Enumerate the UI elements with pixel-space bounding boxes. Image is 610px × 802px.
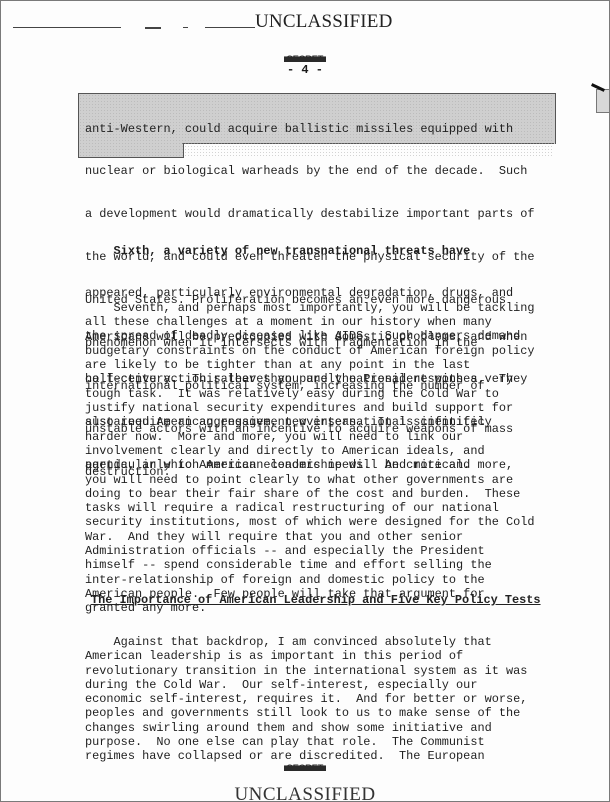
text-line: half-century. This leaves you and the Pr… [85, 372, 585, 386]
text-line: Seventh, and perhaps most importantly, y… [85, 301, 585, 315]
text-line: doing to bear their fair share of the co… [85, 487, 585, 501]
text-line: all these challenges at a moment in our … [85, 315, 585, 329]
text-line: particularly to American economic needs.… [85, 458, 585, 472]
text-line: you will need to point clearly to what o… [85, 473, 585, 487]
text-line: justify national security expenditures a… [85, 401, 585, 415]
stamp-line [205, 27, 255, 28]
stamp-line [145, 27, 161, 29]
text-line: tough task. It was relatively easy durin… [85, 387, 585, 401]
highlighted-line: anti-Western, could acquire ballistic mi… [85, 122, 585, 136]
text-line: during the Cold War. Our self-interest, … [85, 678, 585, 692]
text-line: American leadership is as important in t… [85, 649, 585, 663]
document-page: UNCLASSIFIED SECRET - 4 - anti-Western, … [0, 0, 610, 802]
text-line: inter-relationship of foreign and domest… [85, 573, 585, 587]
text-line: are likely to be tighter than at any poi… [85, 358, 585, 372]
text-line: Against that backdrop, I am convinced ab… [85, 635, 585, 649]
text-line: tasks will require a radical restructuri… [85, 501, 585, 515]
page-number: - 4 - [1, 63, 609, 77]
redacted-marking-top: SECRET [1, 52, 609, 62]
redacted-text: SECRET [284, 56, 327, 62]
paragraph-against-that-backdrop: Against that backdrop, I am convinced ab… [85, 635, 585, 764]
text-line: changes swirling around them and show so… [85, 721, 585, 735]
text-line: harder now. More and more, you will need… [85, 430, 585, 444]
classification-marking-bottom: UNCLASSIFIED [1, 784, 609, 802]
stamp-line [13, 27, 121, 28]
text-line: sustained American engagement overseas. … [85, 415, 585, 429]
text-line: economic self-interest, requires it. And… [85, 692, 585, 706]
section-heading: The Importance of American Leadership an… [91, 593, 541, 607]
highlighted-line: nuclear or biological warheads by the en… [85, 164, 585, 178]
classification-marking-top: UNCLASSIFIED [255, 11, 393, 33]
text-line: involvement clearly and directly to Amer… [85, 444, 585, 458]
stamp-line [183, 27, 188, 28]
text-line: War. And they will require that you and … [85, 530, 585, 544]
header-stamp-marks [13, 20, 243, 32]
page-edge-tab [596, 89, 609, 113]
text-line: himself -- spend considerable time and e… [85, 558, 585, 572]
redacted-marking-bottom: SECRET [1, 761, 609, 771]
text-line: Americans will be preoccupied with domes… [85, 330, 585, 344]
redacted-text: SECRET [284, 765, 327, 771]
classification-label: UNCLASSIFIED [255, 11, 393, 32]
text-line: peoples and governments still look to us… [85, 706, 585, 720]
paragraph-seventh: Seventh, and perhaps most importantly, y… [85, 301, 585, 616]
text-line: security institutions, most of which wer… [85, 515, 585, 529]
text-line: revolutionary transition in the internat… [85, 664, 585, 678]
text-line: appeared, particularly environmental deg… [85, 286, 585, 300]
text-line: purpose. No one else can play that role.… [85, 735, 585, 749]
text-line: Sixth, a variety of new transnational th… [85, 244, 585, 258]
text-line: Administration officials -- and especial… [85, 544, 585, 558]
text-line: budgetary constraints on the conduct of … [85, 344, 585, 358]
